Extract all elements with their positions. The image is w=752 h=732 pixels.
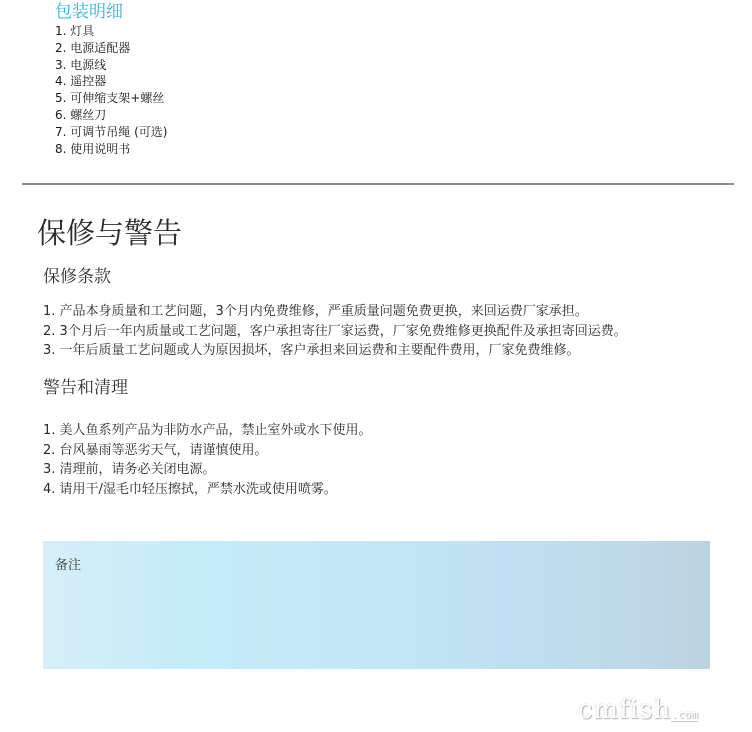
packing-list-item: 2. 电源适配器	[55, 40, 167, 57]
packing-list-section: 包装明细 1. 灯具 2. 电源适配器 3. 电源线 4. 遥控器 5. 可伸缩…	[55, 2, 167, 157]
packing-list-item: 8. 使用说明书	[55, 141, 167, 158]
warranty-term-item: 1. 产品本身质量和工艺问题，3个月内免费维修，严重质量问题免费更换，来回运费厂…	[43, 302, 627, 322]
packing-list-title: 包装明细	[55, 2, 167, 22]
packing-list-item: 7. 可调节吊绳 (可选)	[55, 124, 167, 141]
warning-item: 4. 请用干/湿毛巾轻压擦拭，严禁水洗或使用喷雾。	[43, 480, 372, 500]
packing-list: 1. 灯具 2. 电源适配器 3. 电源线 4. 遥控器 5. 可伸缩支架+螺丝…	[55, 23, 167, 157]
watermark-main: cmfish	[578, 695, 671, 725]
warranty-terms-title: 保修条款	[43, 266, 111, 288]
warning-item: 2. 台风暴雨等恶劣天气，请谨慎使用。	[43, 441, 372, 461]
packing-list-item: 4. 遥控器	[55, 73, 167, 90]
watermark-logo: cmfish.com	[578, 695, 698, 730]
warning-cleaning-title: 警告和清理	[43, 377, 128, 399]
warranty-terms-list: 1. 产品本身质量和工艺问题，3个月内免费维修，严重质量问题免费更换，来回运费厂…	[43, 302, 627, 361]
packing-list-item: 5. 可伸缩支架+螺丝	[55, 90, 167, 107]
packing-list-item: 1. 灯具	[55, 23, 167, 40]
warranty-term-item: 3. 一年后质量工艺问题或人为原因损坏，客户承担来回运费和主要配件费用，厂家免费…	[43, 341, 627, 361]
warranty-warning-title: 保修与警告	[37, 215, 182, 251]
packing-list-item: 6. 螺丝刀	[55, 107, 167, 124]
note-label: 备注	[55, 557, 81, 575]
section-divider	[22, 183, 734, 185]
warning-item: 1. 美人鱼系列产品为非防水产品，禁止室外或水下使用。	[43, 421, 372, 441]
packing-list-item: 3. 电源线	[55, 57, 167, 74]
warning-cleaning-list: 1. 美人鱼系列产品为非防水产品，禁止室外或水下使用。 2. 台风暴雨等恶劣天气…	[43, 421, 372, 499]
watermark-suffix: .com	[671, 708, 698, 722]
warranty-term-item: 2. 3个月后一年内质量或工艺问题，客户承担寄往厂家运费，厂家免费维修更换配件及…	[43, 322, 627, 342]
warning-item: 3. 清理前，请务必关闭电源。	[43, 460, 372, 480]
note-box: 备注	[43, 541, 710, 669]
